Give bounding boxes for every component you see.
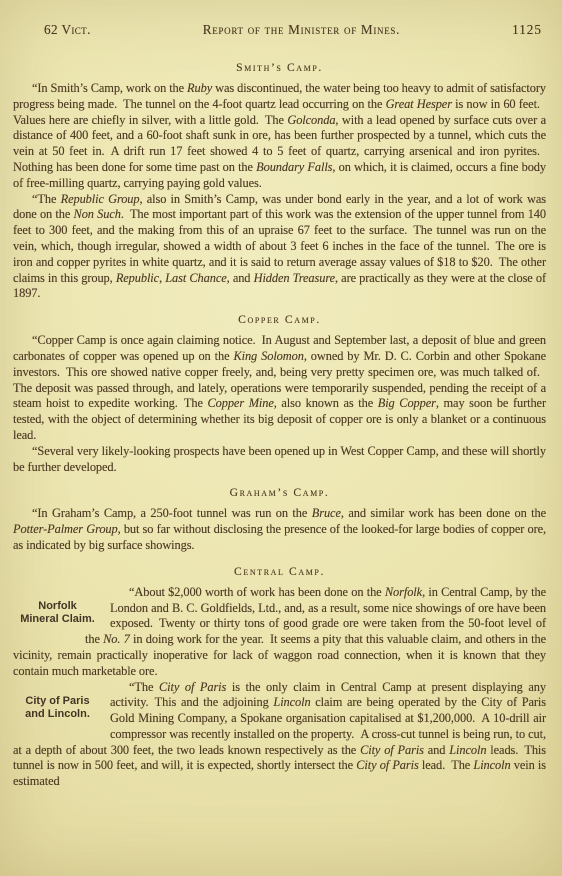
claim-name: Ruby xyxy=(187,81,212,95)
section-heading: Graham’s Camp. xyxy=(13,486,546,499)
claim-name: Boundary Falls xyxy=(256,160,332,174)
claim-name: No. 7 xyxy=(103,632,130,646)
section-heading: Smith’s Camp. xyxy=(13,61,546,74)
paragraph: City of Parisand Lincoln.“The City of Pa… xyxy=(13,680,546,791)
claim-name: Lincoln xyxy=(473,758,510,772)
claim-name: Republic Group xyxy=(61,192,140,206)
margin-note: NorfolkMineral Claim. xyxy=(13,600,102,627)
claim-name: Lincoln xyxy=(273,695,310,709)
document-body: Smith’s Camp.“In Smith’s Camp, work on t… xyxy=(0,38,562,790)
paragraph: “In Smith’s Camp, work on the Ruby was d… xyxy=(13,81,546,192)
hang-spacer xyxy=(13,632,85,648)
paragraph: “In Graham’s Camp, a 250-foot tunnel was… xyxy=(13,506,546,553)
claim-name: City of Paris xyxy=(360,743,424,757)
paragraph: NorfolkMineral Claim.“About $2,000 worth… xyxy=(13,585,546,680)
claim-name: King Solomon xyxy=(233,349,303,363)
page-number: 1125 xyxy=(512,22,542,38)
section-heading: Copper Camp. xyxy=(13,313,546,326)
claim-name: Great Hesper xyxy=(386,97,452,111)
claim-name: City of Paris xyxy=(159,680,226,694)
claim-name: Non Such xyxy=(74,207,121,221)
claim-name: Last Chance xyxy=(165,271,226,285)
claim-name: Norfolk xyxy=(385,585,422,599)
claim-name: Lincoln xyxy=(449,743,486,757)
volume-label: 62 Vict. xyxy=(44,22,91,38)
claim-name: Hidden Treasure xyxy=(254,271,335,285)
claim-name: Republic xyxy=(116,271,159,285)
claim-name: Golconda xyxy=(287,113,335,127)
claim-name: Potter-Palmer Group xyxy=(13,522,118,536)
paragraph: “Several very likely-looking prospects h… xyxy=(13,444,546,476)
claim-name: Bruce xyxy=(312,506,341,520)
running-title: Report of the Minister of Mines. xyxy=(203,22,400,38)
claim-name: Big Copper xyxy=(378,396,436,410)
margin-note-float: City of Parisand Lincoln. xyxy=(13,680,110,743)
paragraph: “The Republic Group, also in Smith’s Cam… xyxy=(13,192,546,303)
paragraph: “Copper Camp is once again claiming noti… xyxy=(13,333,546,444)
margin-note-float: NorfolkMineral Claim. xyxy=(13,585,110,632)
claim-name: Copper Mine xyxy=(207,396,273,410)
scanned-report-page: 62 Vict. Report of the Minister of Mines… xyxy=(0,0,562,876)
claim-name: City of Paris xyxy=(356,758,418,772)
section-heading: Central Camp. xyxy=(13,565,546,578)
margin-note: City of Parisand Lincoln. xyxy=(13,695,102,722)
page-header: 62 Vict. Report of the Minister of Mines… xyxy=(0,0,562,38)
